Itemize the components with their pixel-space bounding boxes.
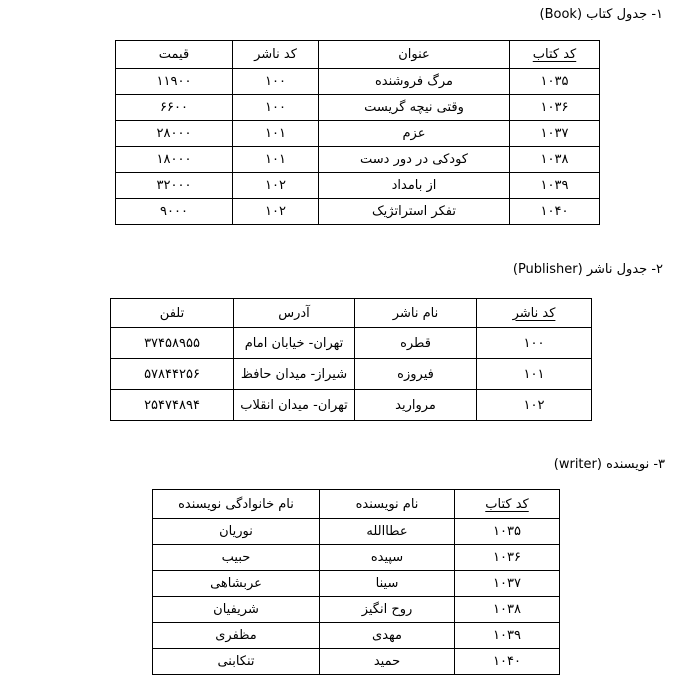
cell-price: ۳۲۰۰۰ — [116, 173, 233, 199]
table-row: ۱۰۴۰ حمید تنکابنی — [153, 649, 560, 675]
book-table-header-row: کد کتاب عنوان کد ناشر قیمت — [116, 41, 600, 69]
column-header-book-title: عنوان — [319, 41, 510, 69]
column-header-writer-last-name: نام خانوادگی نویسنده — [153, 490, 320, 519]
cell-book-code: ۱۰۳۹ — [510, 173, 600, 199]
cell-publisher-code: ۱۰۰ — [233, 69, 319, 95]
cell-book-code: ۱۰۴۰ — [455, 649, 560, 675]
table-row: ۱۰۴۰ تفکر استراتژیک ۱۰۲ ۹۰۰۰ — [116, 199, 600, 225]
cell-price: ۹۰۰۰ — [116, 199, 233, 225]
cell-publisher-name: فیروزه — [355, 359, 477, 390]
cell-publisher-code: ۱۰۱ — [233, 121, 319, 147]
table-row: ۱۰۳۹ از بامداد ۱۰۲ ۳۲۰۰۰ — [116, 173, 600, 199]
table-row: ۱۰۳۶ وقتی نیچه گریست ۱۰۰ ۶۶۰۰ — [116, 95, 600, 121]
cell-price: ۲۸۰۰۰ — [116, 121, 233, 147]
column-header-price: قیمت — [116, 41, 233, 69]
writer-section-title: ۳- نویسنده (writer) — [554, 456, 665, 473]
table-row: ۱۰۳۹ مهدی مظفری — [153, 623, 560, 649]
column-header-writer-first-name: نام نویسنده — [320, 490, 455, 519]
table-row: ۱۰۱ فیروزه شیراز- میدان حافظ ۵۷۸۴۴۲۵۶ — [111, 359, 592, 390]
cell-phone: ۳۷۴۵۸۹۵۵ — [111, 328, 234, 359]
cell-writer-first-name: مهدی — [320, 623, 455, 649]
cell-book-title: کودکی در دور دست — [319, 147, 510, 173]
cell-writer-last-name: عربشاهی — [153, 571, 320, 597]
table-row: ۱۰۳۸ کودکی در دور دست ۱۰۱ ۱۸۰۰۰ — [116, 147, 600, 173]
table-row: ۱۰۳۶ سپیده حبیب — [153, 545, 560, 571]
cell-writer-first-name: عطاالله — [320, 519, 455, 545]
cell-book-title: از بامداد — [319, 173, 510, 199]
cell-book-code: ۱۰۴۰ — [510, 199, 600, 225]
publisher-table: کد ناشر نام ناشر آدرس تلفن ۱۰۰ قطره تهرا… — [110, 298, 592, 421]
cell-phone: ۵۷۸۴۴۲۵۶ — [111, 359, 234, 390]
cell-book-code: ۱۰۳۹ — [455, 623, 560, 649]
cell-book-title: مرگ فروشنده — [319, 69, 510, 95]
cell-price: ۱۸۰۰۰ — [116, 147, 233, 173]
cell-book-title: وقتی نیچه گریست — [319, 95, 510, 121]
table-row: ۱۰۳۵ عطاالله نوریان — [153, 519, 560, 545]
cell-publisher-code: ۱۰۰ — [233, 95, 319, 121]
cell-writer-last-name: حبیب — [153, 545, 320, 571]
cell-publisher-code: ۱۰۰ — [477, 328, 592, 359]
cell-writer-last-name: تنکابنی — [153, 649, 320, 675]
cell-publisher-code: ۱۰۱ — [233, 147, 319, 173]
writer-table: کد کتاب نام نویسنده نام خانوادگی نویسنده… — [152, 489, 560, 675]
cell-book-code: ۱۰۳۸ — [510, 147, 600, 173]
cell-publisher-name: قطره — [355, 328, 477, 359]
cell-writer-first-name: سپیده — [320, 545, 455, 571]
table-row: ۱۰۳۸ روح انگیز شریفیان — [153, 597, 560, 623]
cell-book-title: تفکر استراتژیک — [319, 199, 510, 225]
cell-book-code: ۱۰۳۵ — [455, 519, 560, 545]
cell-writer-first-name: حمید — [320, 649, 455, 675]
cell-writer-last-name: مظفری — [153, 623, 320, 649]
cell-phone: ۲۵۴۷۴۸۹۴ — [111, 390, 234, 421]
cell-book-code: ۱۰۳۵ — [510, 69, 600, 95]
table-row: ۱۰۰ قطره تهران- خیابان امام ۳۷۴۵۸۹۵۵ — [111, 328, 592, 359]
publisher-table-header-row: کد ناشر نام ناشر آدرس تلفن — [111, 299, 592, 328]
column-header-publisher-code: کد ناشر — [233, 41, 319, 69]
column-header-publisher-code: کد ناشر — [477, 299, 592, 328]
cell-book-code: ۱۰۳۶ — [455, 545, 560, 571]
cell-address: شیراز- میدان حافظ — [234, 359, 355, 390]
table-row: ۱۰۳۷ سینا عربشاهی — [153, 571, 560, 597]
table-row: ۱۰۳۷ عزم ۱۰۱ ۲۸۰۰۰ — [116, 121, 600, 147]
table-row: ۱۰۲ مروارید تهران- میدان انقلاب ۲۵۴۷۴۸۹۴ — [111, 390, 592, 421]
publisher-section-title: ۲- جدول ناشر (Publisher) — [513, 261, 663, 278]
cell-book-code: ۱۰۳۶ — [510, 95, 600, 121]
column-header-phone: تلفن — [111, 299, 234, 328]
cell-address: تهران- میدان انقلاب — [234, 390, 355, 421]
cell-price: ۶۶۰۰ — [116, 95, 233, 121]
column-header-book-code: کد کتاب — [455, 490, 560, 519]
cell-publisher-code: ۱۰۲ — [233, 173, 319, 199]
column-header-address: آدرس — [234, 299, 355, 328]
cell-book-title: عزم — [319, 121, 510, 147]
writer-table-header-row: کد کتاب نام نویسنده نام خانوادگی نویسنده — [153, 490, 560, 519]
cell-writer-first-name: روح انگیز — [320, 597, 455, 623]
cell-publisher-name: مروارید — [355, 390, 477, 421]
cell-writer-last-name: شریفیان — [153, 597, 320, 623]
document-page: ۱- جدول کتاب (Book) کد کتاب عنوان کد ناش… — [0, 0, 691, 691]
cell-address: تهران- خیابان امام — [234, 328, 355, 359]
table-row: ۱۰۳۵ مرگ فروشنده ۱۰۰ ۱۱۹۰۰ — [116, 69, 600, 95]
cell-writer-last-name: نوریان — [153, 519, 320, 545]
cell-publisher-code: ۱۰۲ — [233, 199, 319, 225]
book-section-title: ۱- جدول کتاب (Book) — [540, 6, 663, 23]
cell-writer-first-name: سینا — [320, 571, 455, 597]
cell-publisher-code: ۱۰۲ — [477, 390, 592, 421]
cell-book-code: ۱۰۳۸ — [455, 597, 560, 623]
book-table: کد کتاب عنوان کد ناشر قیمت ۱۰۳۵ مرگ فروش… — [115, 40, 600, 225]
column-header-publisher-name: نام ناشر — [355, 299, 477, 328]
cell-book-code: ۱۰۳۷ — [510, 121, 600, 147]
cell-book-code: ۱۰۳۷ — [455, 571, 560, 597]
cell-publisher-code: ۱۰۱ — [477, 359, 592, 390]
cell-price: ۱۱۹۰۰ — [116, 69, 233, 95]
column-header-book-code: کد کتاب — [510, 41, 600, 69]
